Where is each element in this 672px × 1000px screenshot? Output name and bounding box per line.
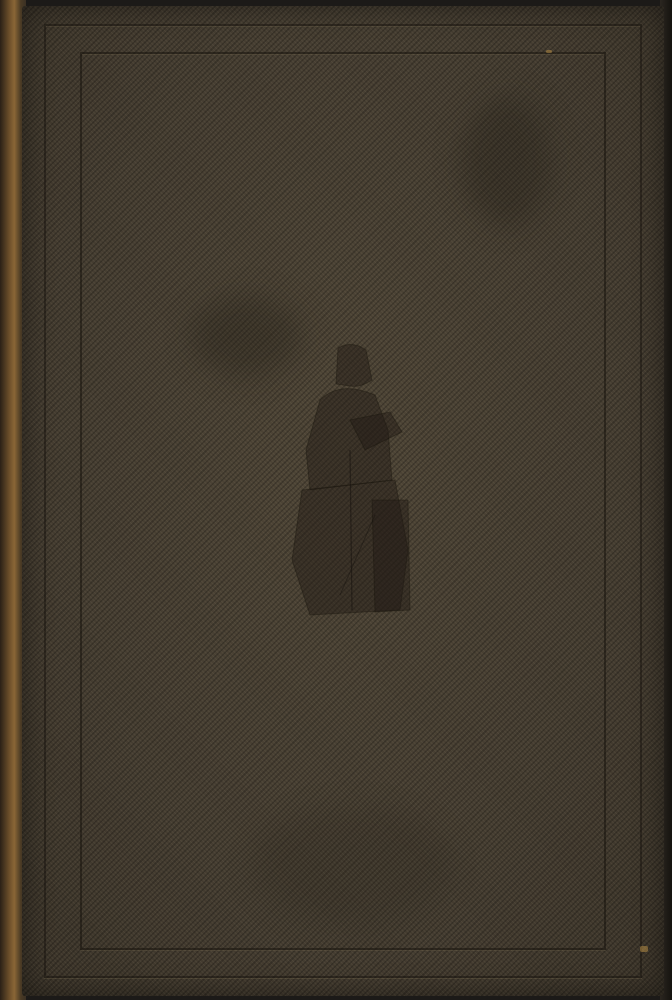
- photo-background: [0, 0, 672, 1000]
- seated-figure-emblem-icon: [280, 340, 415, 620]
- wear-mark: [640, 946, 648, 952]
- wear-mark: [546, 50, 552, 53]
